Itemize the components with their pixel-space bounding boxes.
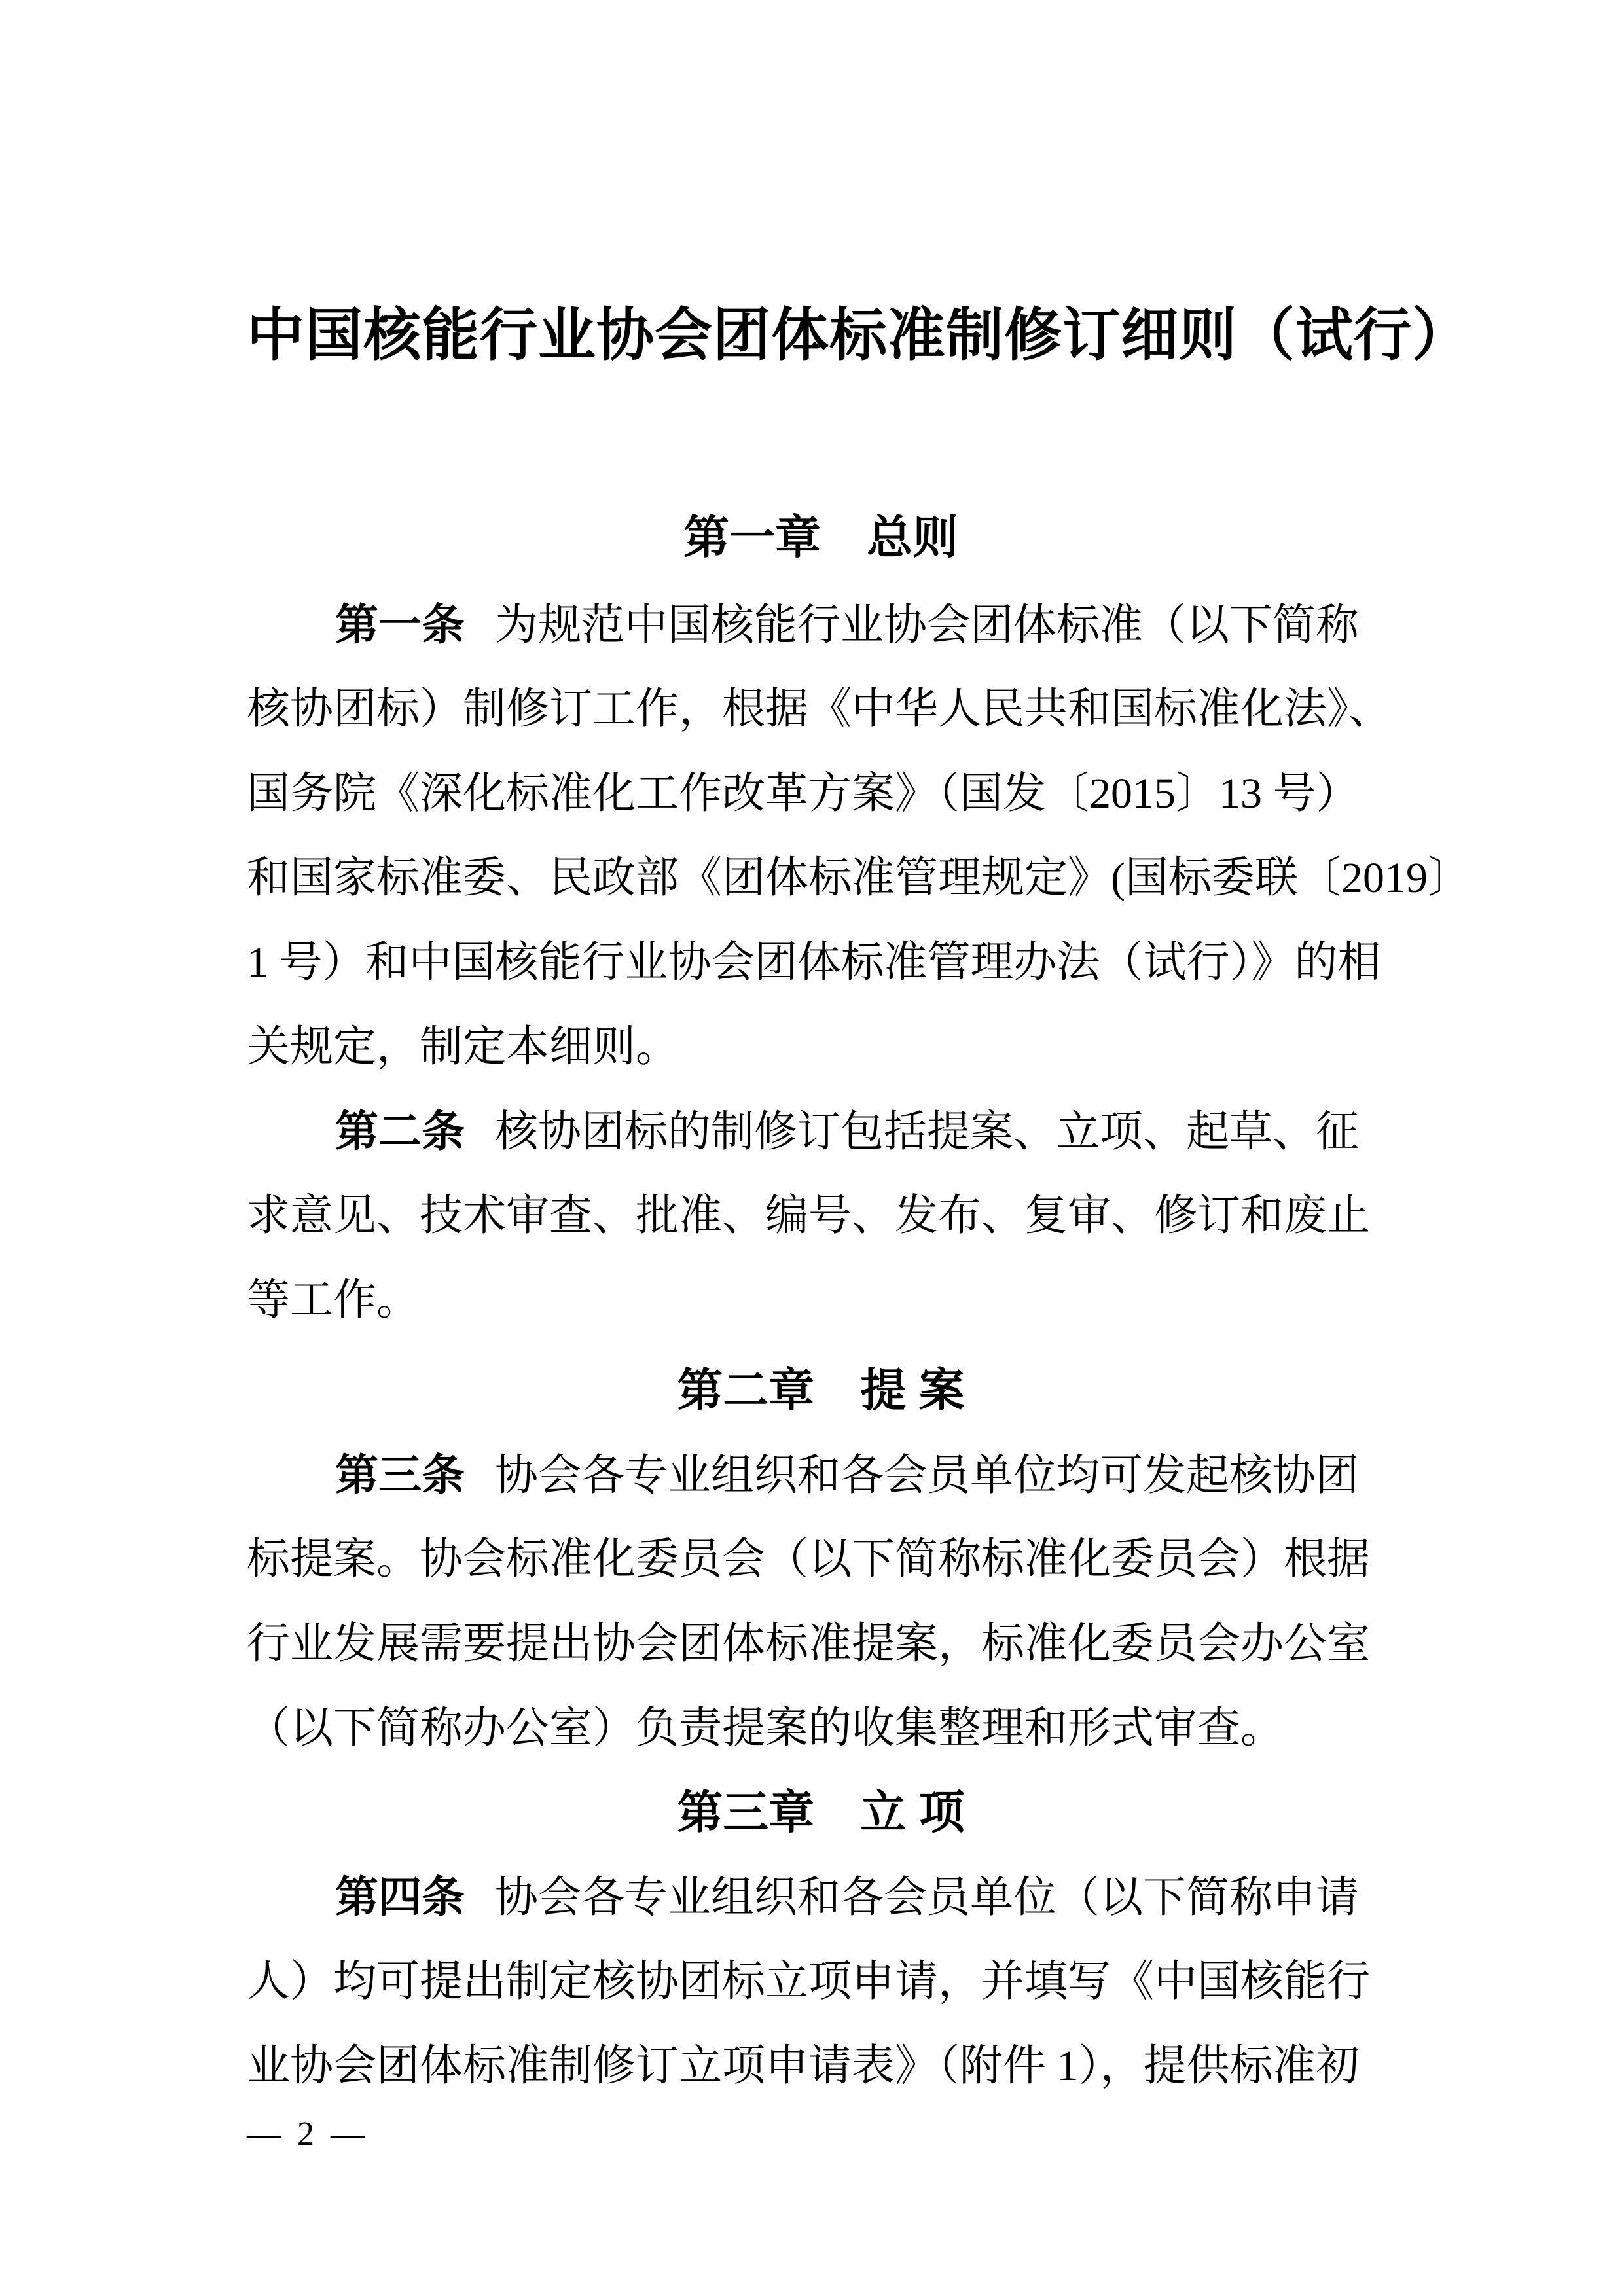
- article-1-line-5: 1 号）和中国核能行业协会团体标准管理办法（试行）》的相: [247, 920, 1395, 1005]
- article-1-line-6: 关规定，制定本细则。: [247, 1005, 1395, 1089]
- article-3: 第三条协会各专业组织和各会员单位均可发起核协团 标提案。协会标准化委员会（以下简…: [247, 1433, 1395, 1770]
- chapter-3-heading: 第三章 立 项: [247, 1770, 1395, 1855]
- article-4-label: 第四条: [335, 1873, 465, 1921]
- page-number: — 2 —: [247, 2114, 369, 2155]
- article-1-line-1: 第一条为规范中国核能行业协会团体标准（以下简称: [247, 583, 1395, 667]
- article-3-label: 第三条: [335, 1450, 465, 1499]
- article-1-line-1-text: 为规范中国核能行业协会团体标准（以下简称: [495, 601, 1359, 649]
- article-4-line-3: 业协会团体标准制修订立项申请表》（附件 1），提供标准初: [247, 2024, 1395, 2108]
- article-3-line-1-text: 协会各专业组织和各会员单位均可发起核协团: [495, 1452, 1359, 1499]
- article-2-line-1-text: 核协团标的制修订包括提案、立项、起草、征: [495, 1108, 1359, 1156]
- article-3-line-4: （以下简称办公室）负责提案的收集整理和形式审查。: [247, 1686, 1395, 1770]
- document-title: 中国核能行业协会团体标准制修订细则（试行）: [247, 300, 1395, 373]
- chapter-2-heading: 第二章 提 案: [247, 1348, 1395, 1433]
- article-2-line-2: 求意见、技术审查、批准、编号、发布、复审、修订和废止: [247, 1174, 1395, 1258]
- article-4-line-1: 第四条协会各专业组织和各会员单位（以下简称申请: [247, 1855, 1395, 1939]
- chapter-1-heading: 第一章 总则: [247, 495, 1395, 580]
- article-1-line-3: 国务院《深化标准化工作改革方案》（国发〔2015〕13 号）: [247, 751, 1395, 836]
- article-2-label: 第二条: [335, 1107, 465, 1155]
- article-1-line-4: 和国家标准委、民政部《团体标准管理规定》(国标委联〔2019〕: [247, 836, 1395, 920]
- article-4-line-1-text: 协会各专业组织和各会员单位（以下简称申请: [495, 1874, 1359, 1922]
- article-1-label: 第一条: [335, 600, 465, 649]
- article-2-line-3: 等工作。: [247, 1258, 1395, 1342]
- article-3-line-3: 行业发展需要提出协会团体标准提案，标准化委员会办公室: [247, 1602, 1395, 1686]
- article-4-line-2: 人）均可提出制定核协团标立项申请，并填写《中国核能行: [247, 1939, 1395, 2024]
- article-1-line-2: 核协团标）制修订工作，根据《中华人民共和国标准化法》、: [247, 667, 1395, 751]
- document-page: 中国核能行业协会团体标准制修订细则（试行） 第一章 总则 第一条为规范中国核能行…: [0, 0, 1624, 2296]
- article-3-line-1: 第三条协会各专业组织和各会员单位均可发起核协团: [247, 1433, 1395, 1517]
- article-2: 第二条核协团标的制修订包括提案、立项、起草、征 求意见、技术审查、批准、编号、发…: [247, 1089, 1395, 1342]
- article-1: 第一条为规范中国核能行业协会团体标准（以下简称 核协团标）制修订工作，根据《中华…: [247, 583, 1395, 1089]
- article-2-line-1: 第二条核协团标的制修订包括提案、立项、起草、征: [247, 1089, 1395, 1174]
- article-3-line-2: 标提案。协会标准化委员会（以下简称标准化委员会）根据: [247, 1517, 1395, 1602]
- article-4: 第四条协会各专业组织和各会员单位（以下简称申请 人）均可提出制定核协团标立项申请…: [247, 1855, 1395, 2108]
